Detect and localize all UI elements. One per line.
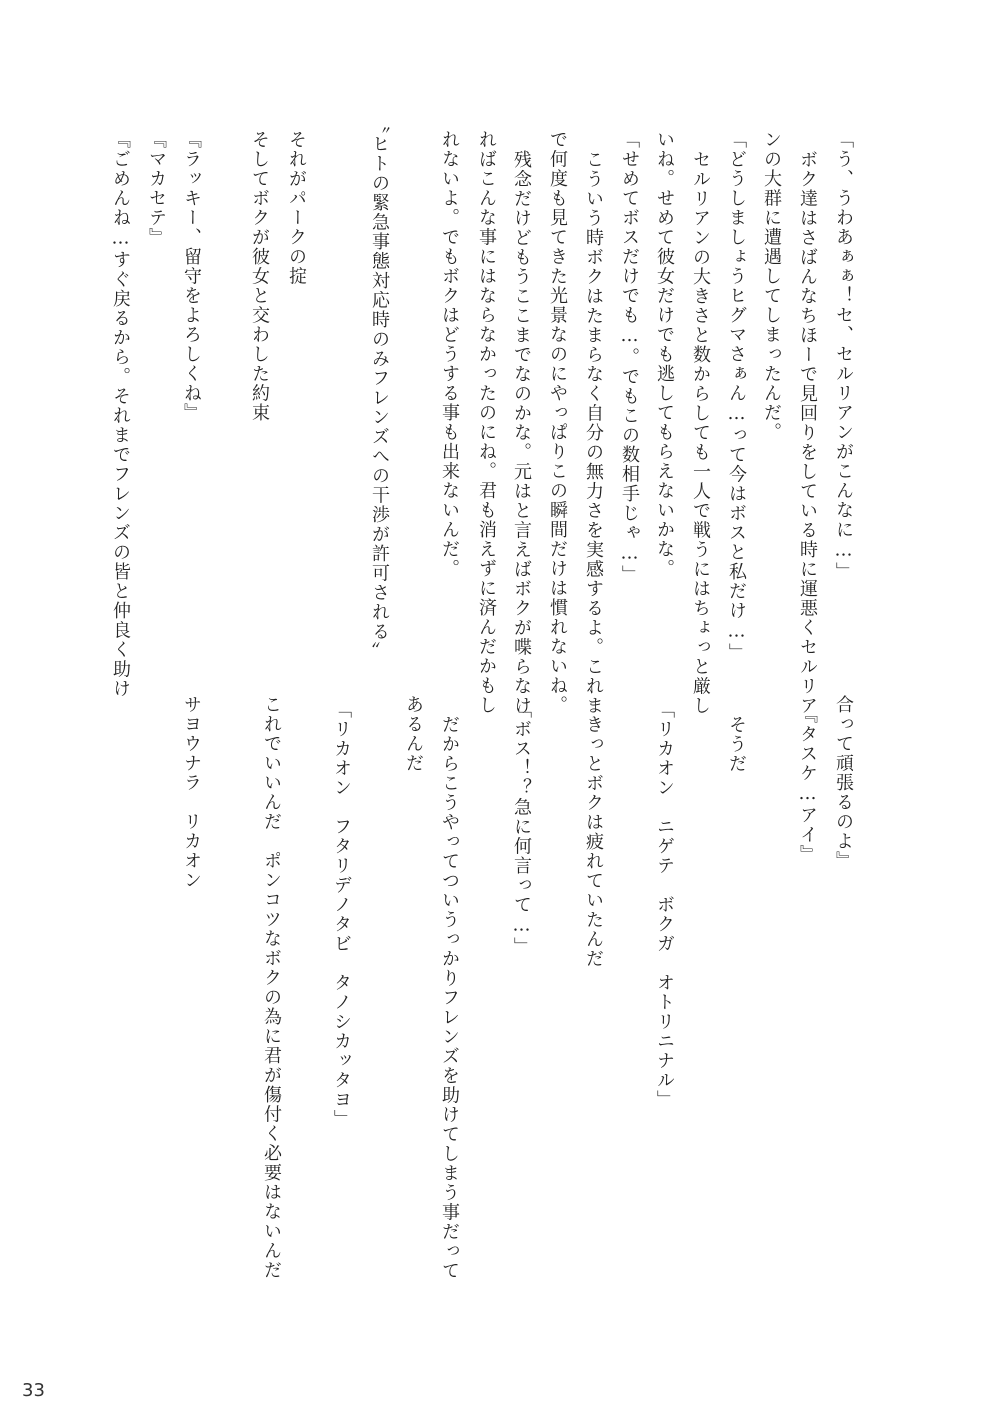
upper-text-line: いね。せめて彼女だけでも逃してもらえないかな。 <box>652 130 674 579</box>
lower-text-line: サヨウナラ リカオン <box>179 695 201 890</box>
lower-text-line: 「リカオン フタリデノタビ タノシカッタヨ」 <box>329 700 351 1129</box>
lower-text-line: 合って頑張るのよ』 <box>831 695 853 871</box>
lower-text-line: そうだ <box>724 715 746 774</box>
upper-text-line: ンの大群に遭遇してしまったんだ。 <box>759 130 781 442</box>
upper-text-line: ボク達はさばんなちほーで見回りをしている時に運悪くセルリア <box>795 150 817 716</box>
upper-text-line: そしてボクが彼女と交わした約束 <box>247 130 269 423</box>
upper-text-line: れないよ。でもボクはどうする事も出来ないんだ。 <box>437 130 459 579</box>
upper-text-line: 「どうしましょうヒグマさぁん…って今はボスと私だけ…」 <box>724 130 746 663</box>
lower-text-line: これでいいんだ ポンコツなボクの為に君が傷付く必要はないんだ <box>259 695 281 1280</box>
manga-text-page: 「う、うわあぁぁ！セ、セルリアンがこんなに…」ボク達はさばんなちほーで見回りをし… <box>0 0 1000 1413</box>
lower-text-line: 「リカオン ニゲテ ボクガ オトリニナル」 <box>652 700 674 1110</box>
upper-text-line: 残念だけどもうここまでなのかな。元はと言えばボクが喋らなけ <box>509 150 531 716</box>
page-number: 33 <box>22 1380 45 1401</box>
upper-text-line: 〝ヒトの緊急事態対応時のみフレンズへの干渉が許可される〟 <box>367 115 389 661</box>
upper-text-line: 「う、うわあぁぁ！セ、セルリアンがこんなに…」 <box>831 130 853 582</box>
upper-text-line: で何度も見てきた光景なのにやっぱりこの瞬間だけは慣れないね。 <box>545 130 567 715</box>
upper-text-line: こういう時ボクはたまらなく自分の無力さを実感するよ。これま <box>581 150 603 716</box>
lower-text-line: だからこうやってついうっかりフレンズを助けてしまう事だって <box>437 715 459 1281</box>
lower-text-line: 『タスケ…アイ』 <box>795 705 817 864</box>
lower-text-line: 「ボス！？急に何言って…」 <box>509 700 531 957</box>
upper-text-line: 『マカセテ』 <box>144 130 166 247</box>
lower-text-line: あるんだ <box>401 695 423 773</box>
upper-text-line: 「せめてボスだけでも…。でもこの数相手じゃ…」 <box>617 130 639 585</box>
upper-text-line: 『ラッキー、留守をよろしくね』 <box>179 130 201 423</box>
upper-text-line: 『ごめんね…すぐ戻るから。それまでフレンズの皆と仲良く助け <box>108 130 130 699</box>
lower-text-line: きっとボクは疲れていたんだ <box>581 715 603 969</box>
upper-text-line: ればこんな事にはならなかったのにね。君も消えずに済んだかもし <box>474 130 496 715</box>
upper-text-line: それがパークの掟 <box>284 130 306 286</box>
upper-text-line: セルリアンの大きさと数からしても一人で戦うにはちょっと厳し <box>688 150 710 716</box>
